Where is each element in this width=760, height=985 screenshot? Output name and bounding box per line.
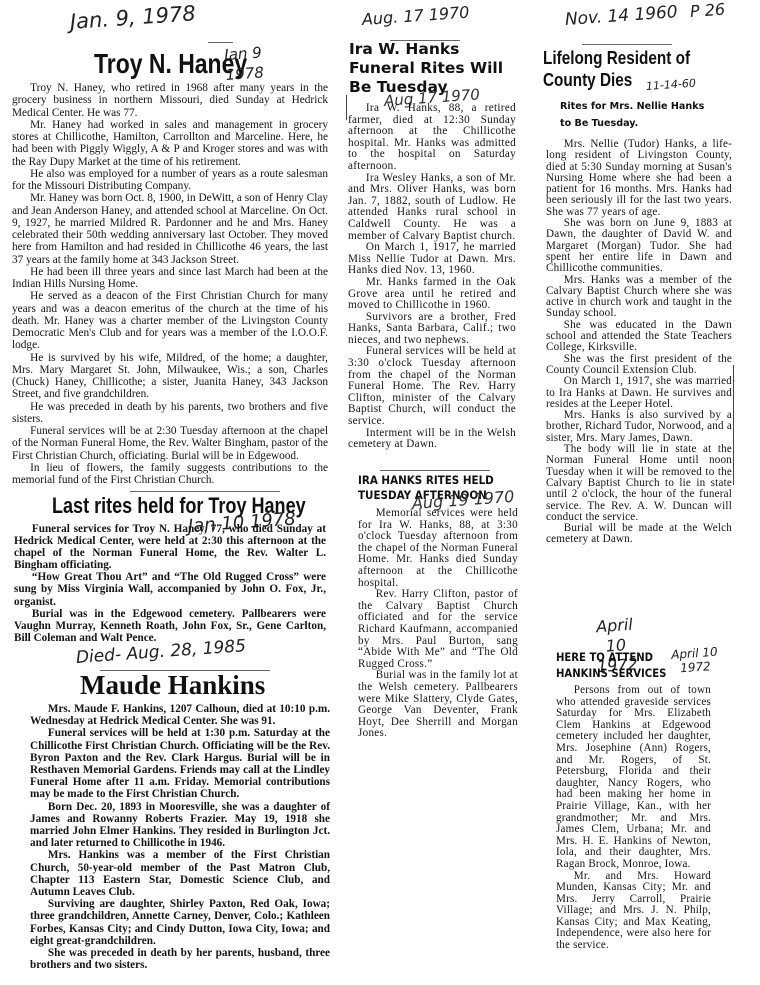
divider [208, 42, 233, 43]
article-ira-hanks: Ira W. Hanks, 88, a retired farmer, died… [348, 103, 516, 451]
clipping-edge [733, 365, 734, 485]
paragraph: Funeral services for Troy N. Haney, 77, … [14, 523, 326, 571]
paragraph: He also was employed for a number of yea… [12, 168, 328, 193]
paragraph: Ira W. Hanks, 88, a retired farmer, died… [348, 103, 516, 173]
paragraph: Mr. and Mrs. Howard Munden, Kansas City;… [556, 871, 711, 952]
paragraph: Burial was in the family lot at the Wels… [358, 670, 518, 740]
subheadline-nellie-hanks: Rites for Mrs. Nellie Hanks to Be Tuesda… [560, 98, 710, 132]
paragraph: Surviving are daughter, Shirley Paxton, … [30, 898, 330, 947]
article-hankins-services: Persons from out of town who attended gr… [556, 685, 711, 952]
paragraph: Funeral services will be held at 1:30 p.… [30, 727, 330, 800]
handwritten-date-elizabeth-side: April 10 1972 [669, 645, 721, 676]
paragraph: He was preceded in death by his parents,… [12, 401, 328, 426]
paragraph: Mr. Haney was born Oct. 8, 1900, in DeWi… [12, 192, 328, 266]
paragraph: Mrs. Maude F. Hankins, 1207 Calhoun, die… [30, 703, 330, 727]
paragraph: The body will lie in state at the Norman… [546, 444, 732, 523]
paragraph: Survivors are a brother, Fred Hanks, San… [348, 312, 516, 347]
handwritten-date-troy: Jan. 9, 1978 [69, 1, 196, 34]
handwritten-date-ira: Aug. 17 1970 [361, 3, 470, 29]
clipping-edge [346, 95, 347, 120]
paragraph: She was the first president of the Count… [546, 354, 732, 377]
paragraph: Mr. Haney had worked in sales and manage… [12, 119, 328, 168]
paragraph: She was educated in the Dawn school and … [546, 320, 732, 354]
paragraph: Burial was in the Edgewood cemetery. Pal… [14, 608, 326, 644]
handwritten-page-note: P 26 [689, 0, 725, 21]
paragraph: Burial will be made at the Welch cemeter… [546, 523, 732, 546]
paragraph: He served as a deacon of the First Chris… [12, 290, 328, 351]
paragraph: Ira Wesley Hanks, a son of Mr. and Mrs. … [348, 173, 516, 243]
handwritten-date-troy-side: Jan 9 1978 [224, 40, 297, 85]
paragraph: On March 1, 1917, she was married to Ira… [546, 376, 732, 410]
paragraph: Funeral services will be held at 3:30 o'… [348, 346, 516, 427]
paragraph: Mrs. Hanks was a member of the Calvary B… [546, 275, 732, 320]
paragraph: Troy N. Haney, who retired in 1968 after… [12, 82, 328, 119]
paragraph: In lieu of flowers, the family suggests … [12, 462, 328, 487]
paragraph: She was born on June 9, 1883 at Dawn, th… [546, 218, 732, 274]
article-troy-last-rites: Funeral services for Troy N. Haney, 77, … [14, 523, 326, 644]
paragraph: On March 1, 1917, he married Miss Nellie… [348, 242, 516, 277]
divider [130, 491, 280, 492]
paragraph: He is survived by his wife, Mildred, of … [12, 352, 328, 401]
paragraph: She was preceded in death by her parents… [30, 947, 330, 971]
article-nellie-hanks: Mrs. Nellie (Tudor) Hanks, a life-long r… [546, 139, 732, 546]
paragraph: Born Dec. 20, 1893 in Mooresville, she w… [30, 801, 330, 850]
paragraph: Interment will be in the Welsh cemetery … [348, 428, 516, 451]
paragraph: Rev. Harry Clifton, pastor of the Calvar… [358, 589, 518, 670]
paragraph: Persons from out of town who attended gr… [556, 685, 711, 871]
headline-maude-hankins: Maude Hankins [80, 670, 265, 701]
paragraph: Mrs. Nellie (Tudor) Hanks, a life-long r… [546, 139, 732, 218]
divider [380, 470, 490, 471]
paragraph: Funeral services will be at 2:30 Tuesday… [12, 425, 328, 462]
paragraph: Mrs. Hanks is also survived by a brother… [546, 410, 732, 444]
article-maude-hankins: Mrs. Maude F. Hankins, 1207 Calhoun, die… [30, 703, 330, 971]
paragraph: Mrs. Hankins was a member of the First C… [30, 849, 330, 898]
article-troy-haney: Troy N. Haney, who retired in 1968 after… [12, 82, 328, 486]
paragraph: He had been ill three years and since la… [12, 266, 328, 291]
paragraph: Mr. Hanks farmed in the Oak Grove area u… [348, 277, 516, 312]
divider [582, 44, 672, 45]
handwritten-date-nellie: Nov. 14 1960 [564, 2, 678, 30]
article-ira-rites-held: Memorial services were held for Ira W. H… [358, 508, 518, 740]
paragraph: “How Great Thou Art” and “The Old Rugged… [14, 571, 326, 607]
paragraph: Memorial services were held for Ira W. H… [358, 508, 518, 589]
